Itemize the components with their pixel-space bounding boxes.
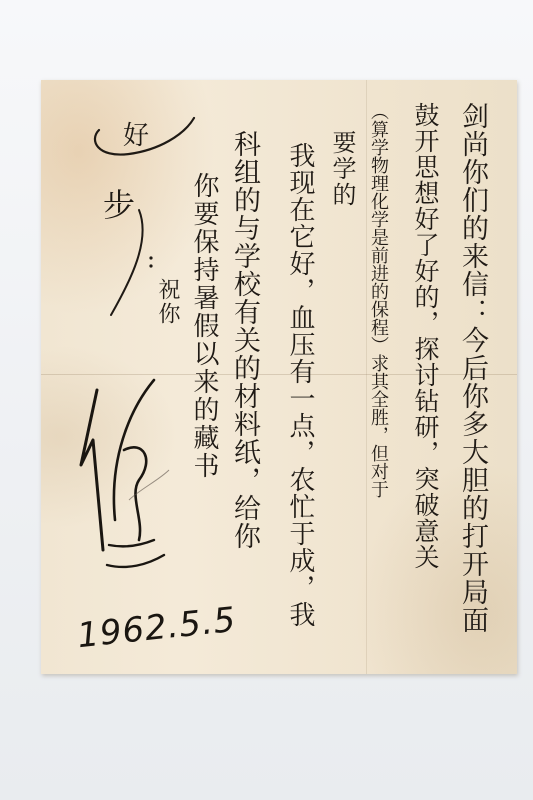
letter-column-5: 我现在它好，血压有一点，农忙于成，我 [287,142,313,628]
letter-paper: 剑尚你们的来信：今后你多大胆的打开局面 鼓开思想好了好的，探讨钻研，突破意关 （… [41,80,517,674]
fold-crease-vertical [366,80,367,674]
letter-column-3-parenthetical: （算学物理化学是前进的保程）求其全胜，但对于 [369,102,387,498]
letter-column-7: 你要保持暑假以来的藏书 [191,172,217,480]
signature-strokes-icon [69,370,179,580]
greeting-flourish-icon: 好 [89,110,199,170]
wish-flourish-icon: 步 [101,180,171,320]
letter-date: 1962.5.5 [75,600,238,656]
svg-text:步: 步 [103,186,135,224]
letter-column-2: 鼓开思想好了好的，探讨钻研，突破意关 [413,102,438,570]
letter-column-4: 要学的 [330,130,354,208]
letter-column-6: 科组的与学校有关的材料纸，给你 [231,130,258,550]
svg-text:好: 好 [123,121,149,151]
letter-column-1: 剑尚你们的来信：今后你多大胆的打开局面 [459,102,486,634]
